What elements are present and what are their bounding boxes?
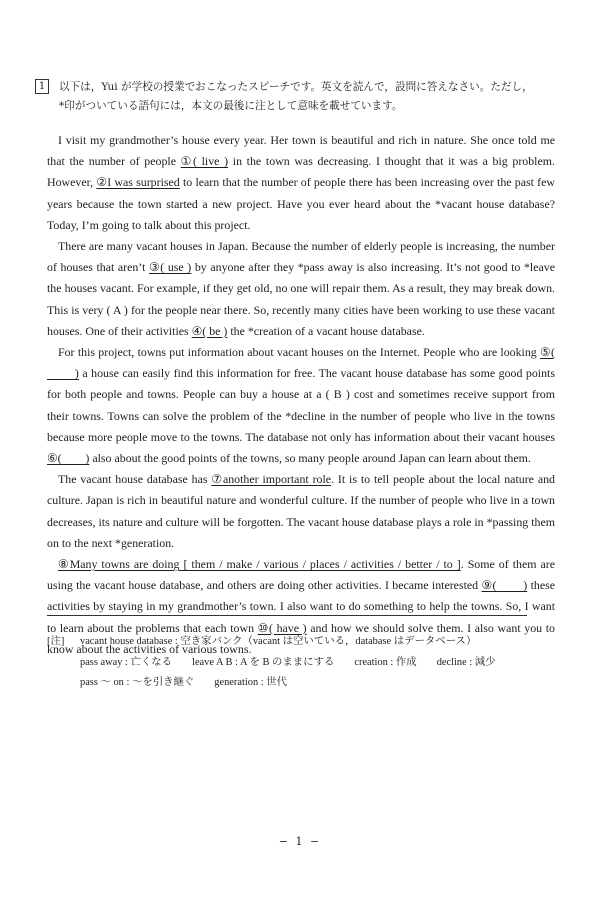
page-number: − 1 − [0,835,600,848]
paragraph-2: There are many vacant houses in Japan. B… [47,236,555,342]
blank-6: ⑥( ) [47,451,89,465]
instruction-line-1: 1以下は，Yui が学校の授業でおこなったスピーチです。英文を読んで，設問に答え… [35,78,575,97]
instruction-line-2: *印がついている語句には，本文の最後に注として意味を載せています。 [35,97,575,116]
marked-item-3: ③( use ) [149,260,191,274]
blank-A: A [113,303,121,317]
note-item: decline : 減少 [437,657,496,668]
note-item: pass 〜 on : 〜を引き継ぐ [80,677,194,688]
marked-item-4: ④( be ) [192,324,228,338]
marked-item-8: ⑧Many towns are doing [ them / make / va… [58,557,461,571]
marked-item-7: ⑦another important role [211,472,331,486]
note-item: creation : 作成 [354,657,416,668]
note-item: pass away : 亡くなる [80,657,172,668]
notes-section: [注]vacant house database : 空き家バンク（vacant… [47,632,567,694]
question-number-box: 1 [35,79,49,94]
paragraph-1: I visit my grandmother’s house every yea… [47,130,555,236]
blank-B: B [334,387,342,401]
instructions: 1以下は，Yui が学校の授業でおこなったスピーチです。英文を読んで，設問に答え… [35,78,575,116]
paragraph-3: For this project, towns put information … [47,342,555,469]
marked-item-1: ①( live ) [181,154,228,168]
divider-line [47,615,527,616]
note-item: generation : 世代 [214,677,287,688]
blank-9: ⑨( ) [481,578,527,592]
paragraph-4: The vacant house database has ⑦another i… [47,469,555,554]
note-item: leave A B : A を B のままにする [192,657,334,668]
marked-item-2: ②I was surprised [96,175,179,189]
note-item: vacant house database : 空き家バンク（vacant は空… [80,636,476,647]
passage: I visit my grandmother’s house every yea… [47,130,555,660]
notes-label: [注] [47,632,80,653]
